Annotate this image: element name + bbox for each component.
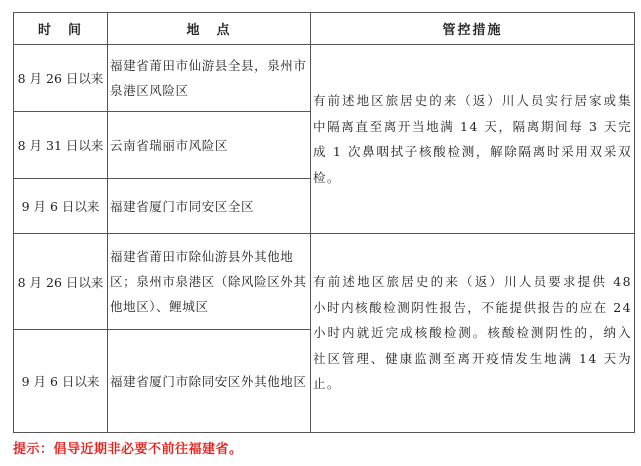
row-time: 8 月 31 日以来	[14, 112, 108, 179]
row-time: 8 月 26 日以来	[14, 234, 108, 330]
measure-quarantine: 有前述地区旅居史的来（返）川人员实行居家或集中隔离直至离开当地满 14 天，隔离…	[311, 45, 635, 234]
row-place: 福建省莆田市仙游县全县，泉州市泉港区风险区	[108, 45, 311, 112]
header-measures: 管控措施	[311, 13, 635, 45]
row-time: 9 月 6 日以来	[14, 179, 108, 234]
measure-testing: 有前述地区旅居史的来（返）川人员要求提供 48 小时内核酸检测阴性报告，不能提供…	[311, 234, 635, 433]
row-place: 福建省厦门市除同安区外其他地区	[108, 330, 311, 433]
table-row: 8 月 26 日以来 福建省莆田市仙游县全县，泉州市泉港区风险区 有前述地区旅居…	[14, 45, 635, 112]
table-row: 8 月 26 日以来 福建省莆田市除仙游县外其他地区；泉州市泉港区（除风险区外其…	[14, 234, 635, 330]
control-measures-table: 时 间 地 点 管控措施 8 月 26 日以来 福建省莆田市仙游县全县，泉州市泉…	[13, 12, 635, 433]
row-place: 福建省莆田市除仙游县外其他地区；泉州市泉港区（除风险区外其他地区）、鲤城区	[108, 234, 311, 330]
row-place: 云南省瑞丽市风险区	[108, 112, 311, 179]
header-place: 地 点	[108, 13, 311, 45]
row-time: 8 月 26 日以来	[14, 45, 108, 112]
table-header-row: 时 间 地 点 管控措施	[14, 13, 635, 45]
travel-advisory-note: 提示：倡导近期非必要不前往福建省。	[13, 438, 243, 457]
row-time: 9 月 6 日以来	[14, 330, 108, 433]
row-place: 福建省厦门市同安区全区	[108, 179, 311, 234]
header-time: 时 间	[14, 13, 108, 45]
